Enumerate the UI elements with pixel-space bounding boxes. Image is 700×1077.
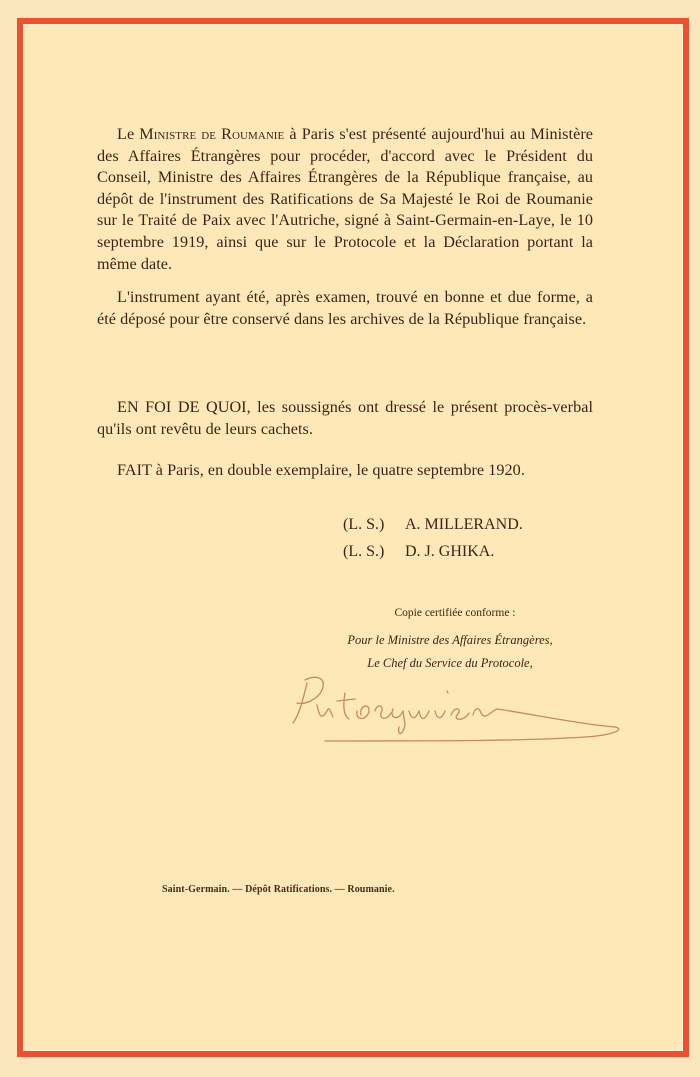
paragraph-lead: Le — [117, 125, 139, 143]
seal-label: (L. S.) — [343, 511, 405, 538]
paragraph-text: EN FOI DE QUOI, les soussignés ont dress… — [97, 397, 593, 440]
certification-minister-line: Pour le Ministre des Affaires Étrangères… — [300, 633, 600, 648]
paragraph-instrument-accepted: L'instrument ayant été, après examen, tr… — [97, 287, 593, 330]
paragraph-fait-a-paris: FAIT à Paris, en double exemplaire, le q… — [97, 460, 593, 482]
minister-smallcaps: Ministre de Roumanie — [139, 125, 284, 143]
signatory-name: A. MILLERAND. — [405, 516, 523, 533]
seal-label: (L. S.) — [343, 538, 405, 565]
paragraph-text: FAIT à Paris, en double exemplaire, le q… — [97, 460, 593, 482]
paragraph-text: à Paris s'est présenté aujourd'hui au Mi… — [97, 125, 593, 273]
certification-title: Copie certifiée conforme : — [305, 607, 605, 619]
signatory-ghika: (L. S.)D. J. GHIKA. — [343, 538, 523, 565]
paragraph-text: L'instrument ayant été, après examen, tr… — [97, 287, 593, 330]
signatories-block: (L. S.)A. MILLERAND. (L. S.)D. J. GHIKA. — [343, 511, 523, 565]
paragraph-en-foi-de-quoi: EN FOI DE QUOI, les soussignés ont dress… — [97, 397, 593, 440]
paragraph-deposit-statement: Le Ministre de Roumanie à Paris s'est pr… — [97, 124, 593, 275]
signatory-millerand: (L. S.)A. MILLERAND. — [343, 511, 523, 538]
document-footer-reference: Saint-Germain. — Dépôt Ratifications. — … — [162, 884, 395, 895]
certification-protocol-line: Le Chef du Service du Protocole, — [300, 656, 600, 671]
handwritten-signature-icon — [285, 675, 635, 755]
signatory-name: D. J. GHIKA. — [405, 543, 494, 560]
